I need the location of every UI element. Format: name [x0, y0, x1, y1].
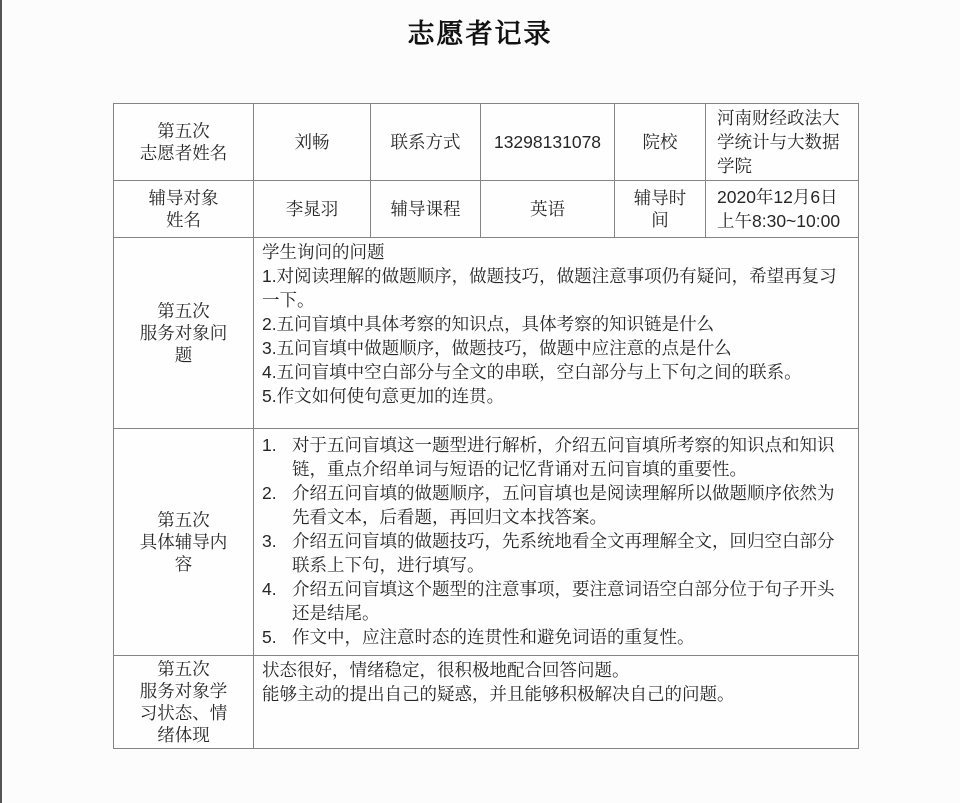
volunteer-name-label: 第五次 志愿者姓名 [114, 104, 254, 181]
status-content: 状态很好，情绪稳定，很积极地配合回答问题。 能够主动的提出自己的疑惑，并且能够积… [254, 656, 859, 749]
status-section-label: 第五次 服务对象学习状态、情绪体现 [114, 656, 254, 749]
question-line: 2.五问盲填中具体考察的知识点，具体考察的知识链是什么 [262, 312, 848, 336]
tutee-name-label: 辅导对象 姓名 [114, 181, 254, 238]
list-item: 2. 介绍五问盲填的做题顺序，五问盲填也是阅读理解所以做题顺序依然为先看文本，后… [262, 481, 848, 529]
list-item: 1. 对于五问盲填这一题型进行解析，介绍五问盲填所考察的知识点和知识链，重点介绍… [262, 433, 848, 481]
status-line: 能够主动的提出自己的疑惑，并且能够积极解决自己的问题。 [262, 682, 848, 706]
list-item-text: 作文中，应注意时态的连贯性和避免词语的重复性。 [292, 625, 848, 649]
questions-content: 学生询问的问题 1.对阅读理解的做题顺序，做题技巧，做题注意事项仍有疑问，希望再… [254, 238, 859, 429]
scanned-document: { "page": { "title": "志愿者记录" }, "colors"… [0, 0, 960, 803]
list-item: 5. 作文中，应注意时态的连贯性和避免词语的重复性。 [262, 625, 848, 649]
scan-edge-artifact [0, 0, 2, 803]
question-line: 3.五问盲填中做题顺序，做题技巧，做题中应注意的点是什么 [262, 336, 848, 360]
question-line: 4.五问盲填中空白部分与全文的串联，空白部分与上下句之间的联系。 [262, 360, 848, 384]
tutoring-section-label: 第五次 具体辅导内容 [114, 429, 254, 656]
list-item: 3. 介绍五问盲填的做题技巧，先系统地看全文再理解全文，回归空白部分联系上下句，… [262, 529, 848, 577]
tutoring-numbered-list: 1. 对于五问盲填这一题型进行解析，介绍五问盲填所考察的知识点和知识链，重点介绍… [262, 433, 848, 649]
course-label: 辅导课程 [371, 181, 481, 238]
list-item: 4. 介绍五问盲填这个题型的注意事项，要注意词语空白部分位于句子开头还是结尾。 [262, 577, 848, 625]
table-row-tutee-info: 辅导对象 姓名 李晁羽 辅导课程 英语 辅导时间 2020年12月6日 上午8:… [114, 181, 859, 238]
table-row-learning-status: 第五次 服务对象学习状态、情绪体现 状态很好，情绪稳定，很积极地配合回答问题。 … [114, 656, 859, 749]
questions-intro-line: 学生询问的问题 [262, 240, 848, 264]
list-item-number: 5. [262, 625, 292, 649]
table-row-tutoring-content: 第五次 具体辅导内容 1. 对于五问盲填这一题型进行解析，介绍五问盲填所考察的知… [114, 429, 859, 656]
tutoring-content: 1. 对于五问盲填这一题型进行解析，介绍五问盲填所考察的知识点和知识链，重点介绍… [254, 429, 859, 656]
status-line: 状态很好，情绪稳定，很积极地配合回答问题。 [262, 658, 848, 682]
list-item-text: 介绍五问盲填的做题技巧，先系统地看全文再理解全文，回归空白部分联系上下句，进行填… [292, 529, 848, 577]
school-label: 院校 [615, 104, 706, 181]
list-item-text: 对于五问盲填这一题型进行解析，介绍五问盲填所考察的知识点和知识链，重点介绍单词与… [292, 433, 848, 481]
page-title: 志愿者记录 [0, 12, 960, 51]
tutee-name-value: 李晁羽 [254, 181, 371, 238]
list-item-number: 1. [262, 433, 292, 481]
list-item-text: 介绍五问盲填这个题型的注意事项，要注意词语空白部分位于句子开头还是结尾。 [292, 577, 848, 625]
time-label: 辅导时间 [615, 181, 706, 238]
volunteer-record-table: 第五次 志愿者姓名 刘畅 联系方式 13298131078 院校 河南财经政法大… [113, 103, 859, 749]
question-line: 1.对阅读理解的做题顺序，做题技巧，做题注意事项仍有疑问，希望再复习一下。 [262, 264, 848, 312]
list-item-number: 4. [262, 577, 292, 625]
list-item-number: 3. [262, 529, 292, 577]
list-item-text: 介绍五问盲填的做题顺序，五问盲填也是阅读理解所以做题顺序依然为先看文本，后看题，… [292, 481, 848, 529]
school-value: 河南财经政法大学统计与大数据学院 [706, 104, 859, 181]
time-value: 2020年12月6日 上午8:30~10:00 [706, 181, 859, 238]
table-row-volunteer-info: 第五次 志愿者姓名 刘畅 联系方式 13298131078 院校 河南财经政法大… [114, 104, 859, 181]
questions-section-label: 第五次 服务对象问题 [114, 238, 254, 429]
volunteer-name-value: 刘畅 [254, 104, 371, 181]
contact-label: 联系方式 [371, 104, 481, 181]
question-line: 5.作文如何使句意更加的连贯。 [262, 384, 848, 408]
contact-value: 13298131078 [481, 104, 615, 181]
list-item-number: 2. [262, 481, 292, 529]
course-value: 英语 [481, 181, 615, 238]
table-row-questions: 第五次 服务对象问题 学生询问的问题 1.对阅读理解的做题顺序，做题技巧，做题注… [114, 238, 859, 429]
